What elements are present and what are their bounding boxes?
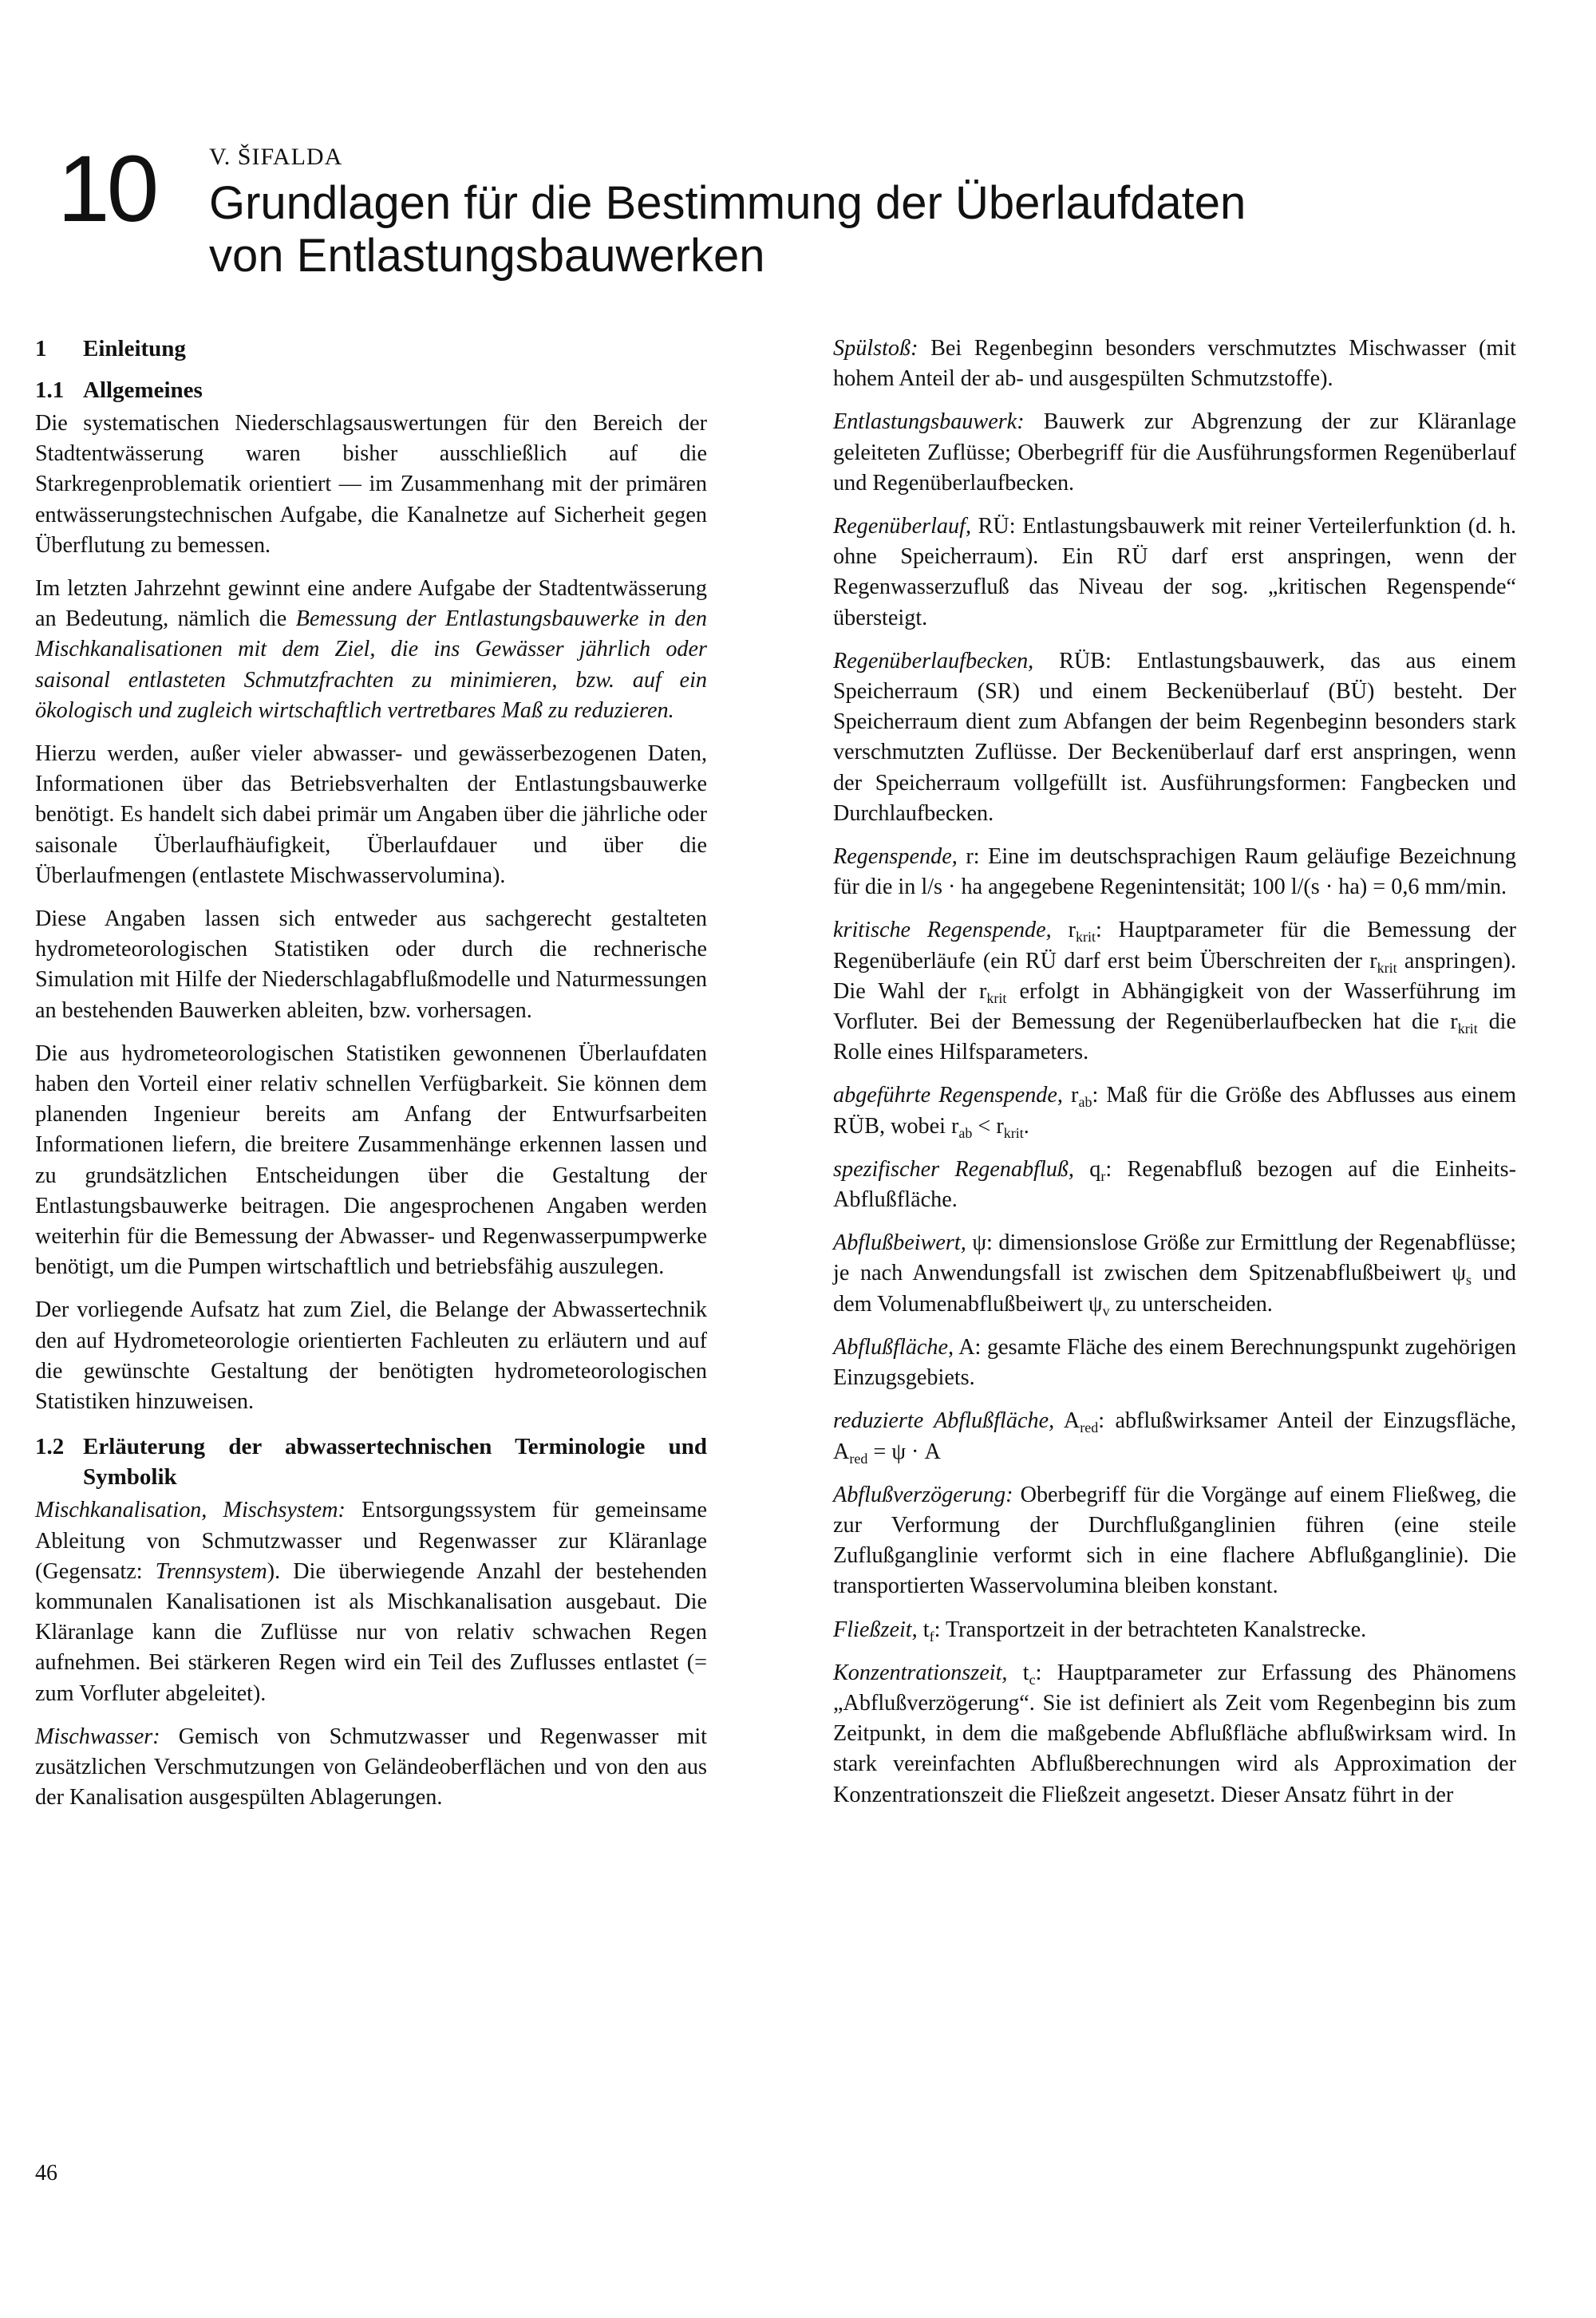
symbol: A: [1054, 1408, 1080, 1433]
definition-text: < r: [972, 1114, 1003, 1139]
right-column: Spülstoß: Bei Regenbeginn besonders vers…: [833, 334, 1516, 1823]
document-page: 10 V. ŠIFALDA Grundlagen für die Bestimm…: [0, 0, 1596, 2318]
page-number: 46: [35, 2161, 57, 2186]
symbol-subscript: krit: [1004, 1125, 1024, 1141]
symbol-subscript: v: [1103, 1303, 1110, 1319]
definition-text: zu unterscheiden.: [1110, 1292, 1273, 1317]
symbol-subscript: red: [1080, 1420, 1098, 1435]
definition-term: Trennsystem: [156, 1559, 267, 1584]
section-number: 1: [35, 334, 83, 364]
definition-regenueberlauf: Regenüberlauf, RÜ: Entlastungsbauwerk mi…: [833, 511, 1516, 634]
definition-mischwasser: Mischwasser: Gemisch von Schmutzwasser u…: [35, 1722, 707, 1814]
definition-abflussflaeche: Abflußfläche, A: gesamte Fläche des eine…: [833, 1333, 1516, 1393]
symbol-subscript: krit: [1377, 960, 1397, 976]
definition-text: .: [1024, 1114, 1029, 1139]
definition-abflussverzoegerung: Abflußverzögerung: Oberbegriff für die V…: [833, 1480, 1516, 1602]
paragraph: Hierzu werden, außer vieler abwasser- un…: [35, 739, 707, 891]
symbol: t: [1007, 1661, 1029, 1685]
definition-term: Regenüberlauf,: [833, 514, 971, 539]
definition-term: abgeführte Regenspende,: [833, 1083, 1063, 1108]
symbol-subscript: ab: [958, 1125, 972, 1141]
section-title: Erläuterung der abwassertechnischen Term…: [83, 1431, 707, 1492]
definition-spuelstoss: Spülstoß: Bei Regenbeginn besonders vers…: [833, 334, 1516, 394]
symbol-subscript: krit: [986, 990, 1006, 1006]
title-line-1: Grundlagen für die Bestimmung der Überla…: [209, 177, 1246, 229]
definition-text: : Transportzeit in der betrachteten Kana…: [934, 1617, 1367, 1642]
definition-spezifischer-regenabfluss: spezifischer Regenabfluß, qr: Regenabflu…: [833, 1155, 1516, 1215]
section-number: 1.2: [35, 1431, 83, 1492]
definition-kritische-regenspende: kritische Regenspende, rkrit: Hauptparam…: [833, 915, 1516, 1068]
definition-konzentrationszeit: Konzentrationszeit, tc: Hauptparameter z…: [833, 1658, 1516, 1811]
definition-regenspende: Regenspende, r: Eine im deutschsprachige…: [833, 842, 1516, 902]
definition-text: = ψ · A: [867, 1439, 940, 1464]
definition-entlastungsbauwerk: Entlastungsbauwerk: Bauwerk zur Abgrenzu…: [833, 407, 1516, 499]
definition-term: Mischkanalisation, Mischsystem:: [35, 1498, 346, 1522]
symbol-subscript: krit: [1458, 1021, 1478, 1037]
definition-term: Abflußfläche,: [833, 1335, 954, 1360]
symbol: q: [1074, 1157, 1100, 1182]
symbol: r: [1063, 1083, 1078, 1108]
article-title: Grundlagen für die Bestimmung der Überla…: [209, 177, 1246, 282]
section-heading-1-2: 1.2Erläuterung der abwassertechnischen T…: [35, 1431, 707, 1492]
symbol-subscript: krit: [1076, 929, 1096, 945]
author-name: V. ŠIFALDA: [209, 144, 342, 171]
definition-term: Abflußverzögerung:: [833, 1483, 1013, 1507]
symbol: r: [1052, 918, 1076, 942]
section-title: Allgemeines: [83, 377, 203, 403]
section-heading-1: 1Einleitung: [35, 334, 707, 364]
symbol-subscript: ab: [1078, 1094, 1092, 1110]
title-line-2: von Entlastungsbauwerken: [209, 230, 764, 282]
symbol-subscript: s: [1466, 1272, 1472, 1288]
definition-text: Bei Regenbeginn besonders verschmutztes …: [833, 336, 1516, 391]
paragraph: Im letzten Jahrzehnt gewinnt eine andere…: [35, 574, 707, 726]
symbol-subscript: c: [1029, 1672, 1036, 1688]
definition-term: Regenüberlaufbecken,: [833, 649, 1033, 673]
definition-term: Regenspende,: [833, 844, 958, 869]
definition-term: Spülstoß:: [833, 336, 918, 361]
section-title: Einleitung: [83, 336, 186, 361]
definition-mischkanalisation: Mischkanalisation, Mischsystem: Entsorgu…: [35, 1495, 707, 1708]
section-number: 1.1: [35, 375, 83, 405]
definition-abflussbeiwert: Abflußbeiwert, ψ: dimensionslose Größe z…: [833, 1228, 1516, 1320]
definition-fliesszeit: Fließzeit, tf: Transportzeit in der betr…: [833, 1615, 1516, 1645]
left-column: 1Einleitung 1.1Allgemeines Die systemati…: [35, 334, 707, 1826]
definition-reduzierte-abflussflaeche: reduzierte Abflußfläche, Ared: abflußwir…: [833, 1406, 1516, 1467]
paragraph: Diese Angaben lassen sich entweder aus s…: [35, 904, 707, 1026]
definition-abgefuehrte-regenspende: abgeführte Regenspende, rab: Maß für die…: [833, 1080, 1516, 1141]
definition-term: kritische Regenspende,: [833, 918, 1052, 942]
definition-term: spezifischer Regenabfluß,: [833, 1157, 1074, 1182]
definition-term: Konzentrationszeit,: [833, 1661, 1007, 1685]
paragraph: Die systematischen Niederschlagsauswertu…: [35, 409, 707, 561]
definition-text: RÜB: Entlastungsbauwerk, das aus einem S…: [833, 649, 1516, 826]
definition-term: reduzierte Abflußfläche,: [833, 1408, 1054, 1433]
symbol-subscript: red: [849, 1451, 867, 1467]
paragraph: Die aus hydrometeorologischen Statistike…: [35, 1039, 707, 1283]
definition-term: Fließzeit,: [833, 1617, 918, 1642]
definition-term: Abflußbeiwert,: [833, 1230, 966, 1255]
paragraph: Der vorliegende Aufsatz hat zum Ziel, di…: [35, 1295, 707, 1417]
section-heading-1-1: 1.1Allgemeines: [35, 375, 707, 405]
definition-term: Mischwasser:: [35, 1724, 160, 1749]
chapter-number: 10: [57, 142, 156, 236]
definition-term: Entlastungsbauwerk:: [833, 409, 1025, 434]
symbol: t: [918, 1617, 930, 1642]
definition-regenueberlaufbecken: Regenüberlaufbecken, RÜB: Entlastungsbau…: [833, 646, 1516, 829]
